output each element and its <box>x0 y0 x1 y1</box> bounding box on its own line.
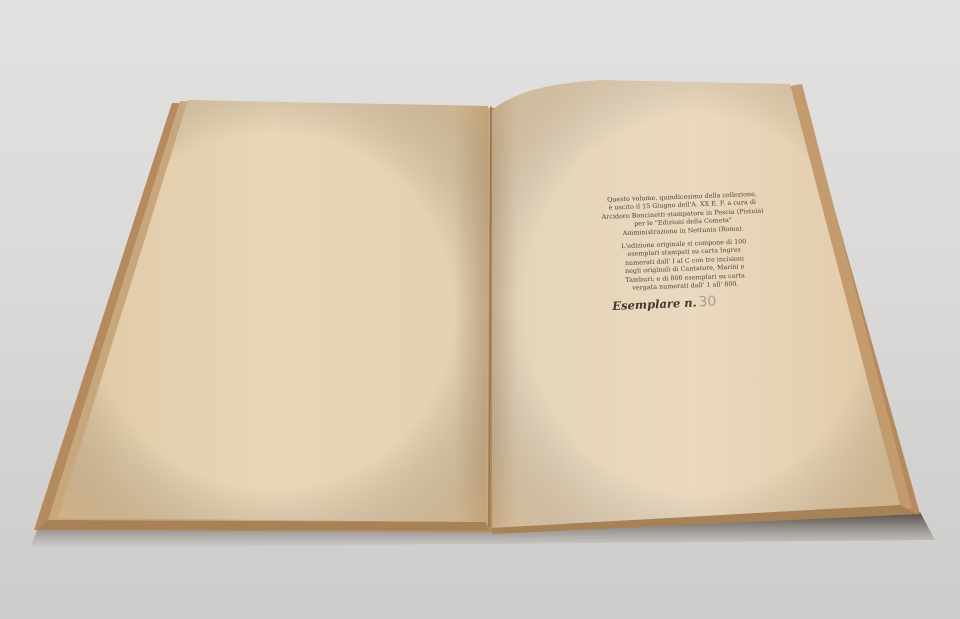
open-book <box>0 0 960 619</box>
handwritten-copy-number: 30 <box>698 294 716 311</box>
photo-scene: Questo volume, quindicesimo della collez… <box>0 0 960 619</box>
copy-label: Esemplare n. <box>612 295 697 313</box>
colophon-paragraph-1: Questo volume, quindicesimo della collez… <box>572 190 793 240</box>
colophon-paragraph-2: L'edizione originale si compone di 100 e… <box>574 237 796 296</box>
colophon: Questo volume, quindicesimo della collez… <box>572 190 796 301</box>
